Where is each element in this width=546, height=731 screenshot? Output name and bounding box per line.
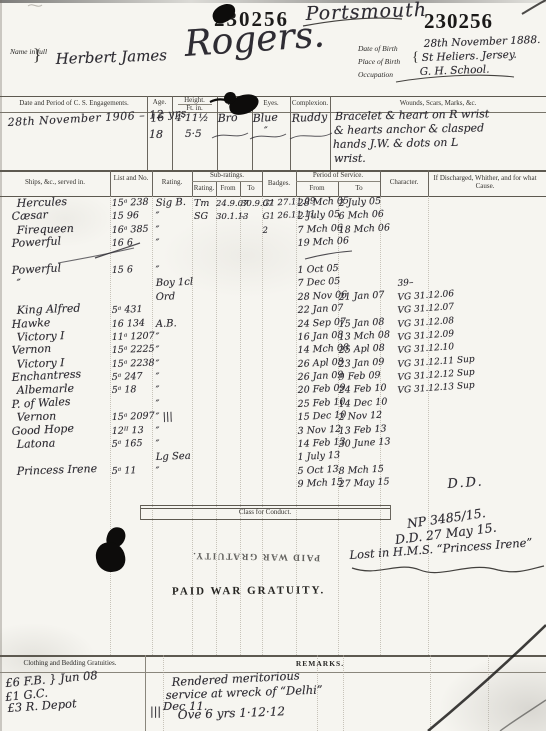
table-row: Albemarle 5ᵃ 18 ″ 20 Feb 09 24 Feb 10 VG… xyxy=(0,385,546,398)
list-no-cell: 5ᵃ 431 xyxy=(112,304,143,317)
wounds-line: Bracelet & heart on R wrist xyxy=(335,107,490,123)
divider xyxy=(110,170,111,196)
period-from-cell: 1 July 13 xyxy=(297,450,340,464)
list-no-cell: 5ᵃ 165 xyxy=(112,438,143,451)
service-table-body: Hercules 15ᵃ 238 Sig B. Tm 24.9.07 30.9.… xyxy=(0,198,546,494)
discharged-header: If Discharged, Whither, and for what Cau… xyxy=(432,175,538,190)
table-row: Firequeen 16ᵃ 385 ″ 2 7 Mch 06 18 Mch 06 xyxy=(0,225,546,238)
period-to-cell: 25 Apl 08 xyxy=(338,343,385,357)
table-row: Victory I 11ᵃ 1207 ″ 16 Jan 08 13 Mch 08… xyxy=(0,332,546,345)
list-no-cell: 5ᵃ 18 xyxy=(112,385,137,398)
ship-cell: Latona xyxy=(17,438,56,451)
ink-blot xyxy=(94,540,127,574)
list-no-cell: 15ᵃ 2097 xyxy=(112,411,155,424)
ship-cell: P. of Wales xyxy=(11,396,70,411)
rating-cell: ″ xyxy=(156,265,160,277)
divider xyxy=(390,505,391,520)
name-in-full-label: Name in full xyxy=(10,48,47,56)
ship-cell: King Alfred xyxy=(17,303,81,317)
list-no-cell: 16 6 xyxy=(112,237,134,250)
rating-cell: ″ xyxy=(156,359,160,371)
badges-header: Badges. xyxy=(262,180,296,188)
rating-cell: ″ xyxy=(156,238,160,250)
character-cell: 39– xyxy=(397,277,414,290)
period-to-cell: 2 Nov 12 xyxy=(338,410,382,424)
period-to-cell: 23 Jan 09 xyxy=(338,356,384,370)
list-no-cell: 5ᵃ 247 xyxy=(112,371,143,384)
wounds-header: Wounds, Scars, Marks, &c. xyxy=(330,100,546,108)
divider xyxy=(488,655,489,731)
period-from-cell: 1 Oct 05 xyxy=(297,263,339,277)
place-of-birth-brace: { xyxy=(412,50,419,66)
period-to-cell: 27 May 15 xyxy=(338,477,390,492)
table-row: Cæsar 15 96 ″ SG 30.1.13 – G1 26.11.11 2… xyxy=(0,211,546,224)
period-from-cell: 16 Jan 08 xyxy=(297,330,343,344)
place-of-birth-label: Place of Birth xyxy=(358,57,400,66)
paid-war-gratuity-stamp: PAID WAR GRATUITY. xyxy=(172,584,325,597)
period-from-cell: 2 July 05 xyxy=(297,209,340,223)
wounds-line: & hearts anchor & clasped xyxy=(334,121,485,137)
sub-ratings-header: Sub-ratings. xyxy=(192,172,262,180)
period-from-cell: 26 Apl 08 xyxy=(297,356,344,370)
ship-cell: Princess Irene xyxy=(17,463,98,478)
ship-cell: Hawke xyxy=(11,317,50,331)
table-row: Powerful 15 6 ″ 1 Oct 05 xyxy=(0,265,546,278)
date-of-birth-value: 28th November 1888. xyxy=(424,34,541,50)
rating-cell: ″ xyxy=(156,345,160,357)
table-row xyxy=(0,252,546,265)
divider xyxy=(147,96,148,170)
badges-cell: 2 xyxy=(262,225,268,237)
period-header: Period of Service. xyxy=(296,172,380,180)
divider xyxy=(430,655,431,731)
rating-cell: ″ xyxy=(156,466,160,478)
scan-edge-top xyxy=(0,0,546,3)
rating-cell: ″ xyxy=(156,211,160,223)
period-from-header: From xyxy=(296,185,338,193)
remarks-line: Ove 6 yrs 1·12·12 xyxy=(178,704,286,722)
list-no-cell: 15ᵃ 2238 xyxy=(112,357,155,370)
forenames-handwritten: Herbert James xyxy=(55,46,167,68)
wounds-line: wrist. xyxy=(334,152,366,165)
height-entry-top: 4·11½ xyxy=(175,112,209,124)
period-from-cell: 7 Mch 06 xyxy=(297,222,343,236)
place-of-birth-value: St Heliers. Jersey. xyxy=(422,49,517,64)
list-no-cell: 5ᵃ 11 xyxy=(112,465,137,478)
sub-rating-cell: Tm xyxy=(194,198,209,210)
rating-cell: ″ xyxy=(156,385,160,397)
occupation-value: G. H. School. xyxy=(420,64,490,78)
table-row: Latona 5ᵃ 165 ″ 14 Feb 13 30 June 13 xyxy=(0,439,546,452)
list-no-cell: 15 6 xyxy=(112,264,134,277)
period-from-cell: 7 Dec 05 xyxy=(297,276,340,290)
period-to-cell: 24 Feb 10 xyxy=(338,383,387,397)
period-to-cell: 2 July 05 xyxy=(338,196,381,210)
printed-service-number: 230256 xyxy=(424,9,493,34)
list-no-cell: 16ᵃ 385 xyxy=(112,224,149,237)
eyes-ditto-mark: ″ xyxy=(264,126,268,137)
class-for-conduct-label: Class for Conduct. xyxy=(190,509,340,517)
divider xyxy=(296,181,380,182)
list-no-cell: 16 134 xyxy=(112,317,146,330)
ship-cell: Cæsar xyxy=(11,210,48,224)
rating-cell: Boy 1cl xyxy=(156,277,194,290)
period-to-header: To xyxy=(338,185,380,193)
ship-cell: Vernon xyxy=(11,343,51,357)
period-to-cell: 13 Feb 13 xyxy=(338,423,387,437)
list-no-cell: 15ᵃ 2225 xyxy=(112,344,155,357)
divider xyxy=(428,170,429,196)
age-entry-bottom: 18 xyxy=(149,128,163,141)
eyes-entry: Blue xyxy=(252,111,278,125)
sub-to-header: To xyxy=(240,185,262,193)
rating-cell: ″ xyxy=(156,399,160,411)
divider xyxy=(0,96,546,97)
rating-cell: ″ xyxy=(156,372,160,384)
rating-cell: Ord xyxy=(156,291,176,304)
sub-rating-cell: SG xyxy=(194,211,208,223)
divider xyxy=(140,519,390,520)
period-to-cell: 15 Jan 08 xyxy=(338,316,384,330)
list-no-header: List and No. xyxy=(111,175,151,183)
table-row: Ord 28 Nov 06 21 Jan 07 VG 31.12.06 xyxy=(0,292,546,305)
remarks-label: REMARKS. xyxy=(280,659,360,668)
discharged-cell: D.D. xyxy=(447,477,484,491)
table-row: ″ Boy 1cl 7 Dec 05 39– xyxy=(0,278,546,291)
period-from-cell: 19 Mch 06 xyxy=(297,235,349,250)
rating-cell: Lg Sea xyxy=(156,451,191,464)
divider xyxy=(145,655,146,731)
table-row: Powerful 16 6 ″ 19 Mch 06 xyxy=(0,238,546,251)
list-no-cell: 15ᵃ 238 xyxy=(112,197,149,210)
height-entry-bottom: 5·5 xyxy=(185,128,202,140)
rating-cell: ″ ||| xyxy=(156,412,173,425)
rating-cell: A.B. xyxy=(156,318,177,331)
service-record-document: 230256 Portsmouth 230256 Name in full } … xyxy=(0,0,546,731)
rating-cell: Sig B. xyxy=(156,197,187,210)
table-row: 9 Mch 15 27 May 15 D.D. xyxy=(0,479,546,492)
table-row: P. of Wales ″ 25 Feb 10 14 Dec 10 xyxy=(0,399,546,412)
ships-header: Ships, &c., served in. xyxy=(5,179,105,187)
divider xyxy=(0,655,546,657)
complexion-entry: Ruddy xyxy=(291,110,327,125)
ship-cell: Powerful xyxy=(11,262,61,277)
occupation-label: Occupation xyxy=(358,70,393,79)
surname-handwritten: Rogers. xyxy=(183,14,326,65)
complexion-header: Complexion. xyxy=(290,100,330,108)
period-to-cell: 21 Jan 07 xyxy=(338,289,384,303)
period-from-cell: 3 Nov 12 xyxy=(297,423,341,437)
ship-cell: ″ xyxy=(17,278,22,290)
rating-cell: ″ xyxy=(156,332,160,344)
name-brace: } xyxy=(33,45,41,65)
divider xyxy=(192,181,262,182)
period-from-cell: 5 Oct 13 xyxy=(297,464,339,478)
clothing-gratuities-label: Clothing and Bedding Gratuities. xyxy=(14,659,126,667)
period-from-cell: 9 Mch 15 xyxy=(297,477,343,491)
table-row: King Alfred 5ᵃ 431 22 Jan 07 VG 31.12.07 xyxy=(0,305,546,318)
rating-cell: ″ xyxy=(156,426,160,438)
date-of-birth-label: Date of Birth xyxy=(358,44,398,53)
age-entry-top: 16 xyxy=(150,111,165,125)
rating-cell: ″ xyxy=(156,439,160,451)
age-header: Age. xyxy=(147,99,172,107)
list-no-cell: 15 96 xyxy=(112,210,140,223)
table-row: Good Hope 12ᴵᴵ 13 ″ 3 Nov 12 13 Feb 13 xyxy=(0,426,546,439)
rating-cell: ″ xyxy=(156,225,160,237)
period-from-cell: 22 Jan 07 xyxy=(297,303,343,317)
sub-from-header: From xyxy=(216,185,240,193)
list-no-cell: 12ᴵᴵ 13 xyxy=(112,425,144,438)
ship-cell: Good Hope xyxy=(11,422,74,437)
period-to-cell: 8 Mch 15 xyxy=(338,463,384,477)
table-row: Hercules 15ᵃ 238 Sig B. Tm 24.9.07 30.9.… xyxy=(0,198,546,211)
badge-marks: ||| xyxy=(150,705,161,718)
wounds-line: hands J.W. & dots on L xyxy=(333,136,459,151)
sub-rating-col-header: Rating. xyxy=(192,185,216,193)
character-header: Character. xyxy=(380,179,428,187)
divider xyxy=(140,505,390,506)
table-row: Vernon 15ᵃ 2097 ″ ||| 15 Dec 10 2 Nov 12 xyxy=(0,412,546,425)
table-row: Hawke 16 134 A.B. 24 Sep 07 15 Jan 08 VG… xyxy=(0,319,546,332)
ship-cell: Powerful xyxy=(11,236,61,251)
engagement-header: Date and Period of C. S. Engagements. xyxy=(4,100,144,108)
sub-rating-to-cell: – xyxy=(241,211,245,223)
divider xyxy=(0,170,546,172)
divider xyxy=(163,655,164,731)
divider xyxy=(140,505,141,520)
list-no-cell: 11ᵃ 1207 xyxy=(112,330,155,343)
period-to-cell: 30 June 13 xyxy=(338,436,390,451)
period-to-cell: 6 Mch 06 xyxy=(338,209,384,223)
rating-header: Rating. xyxy=(152,179,192,187)
